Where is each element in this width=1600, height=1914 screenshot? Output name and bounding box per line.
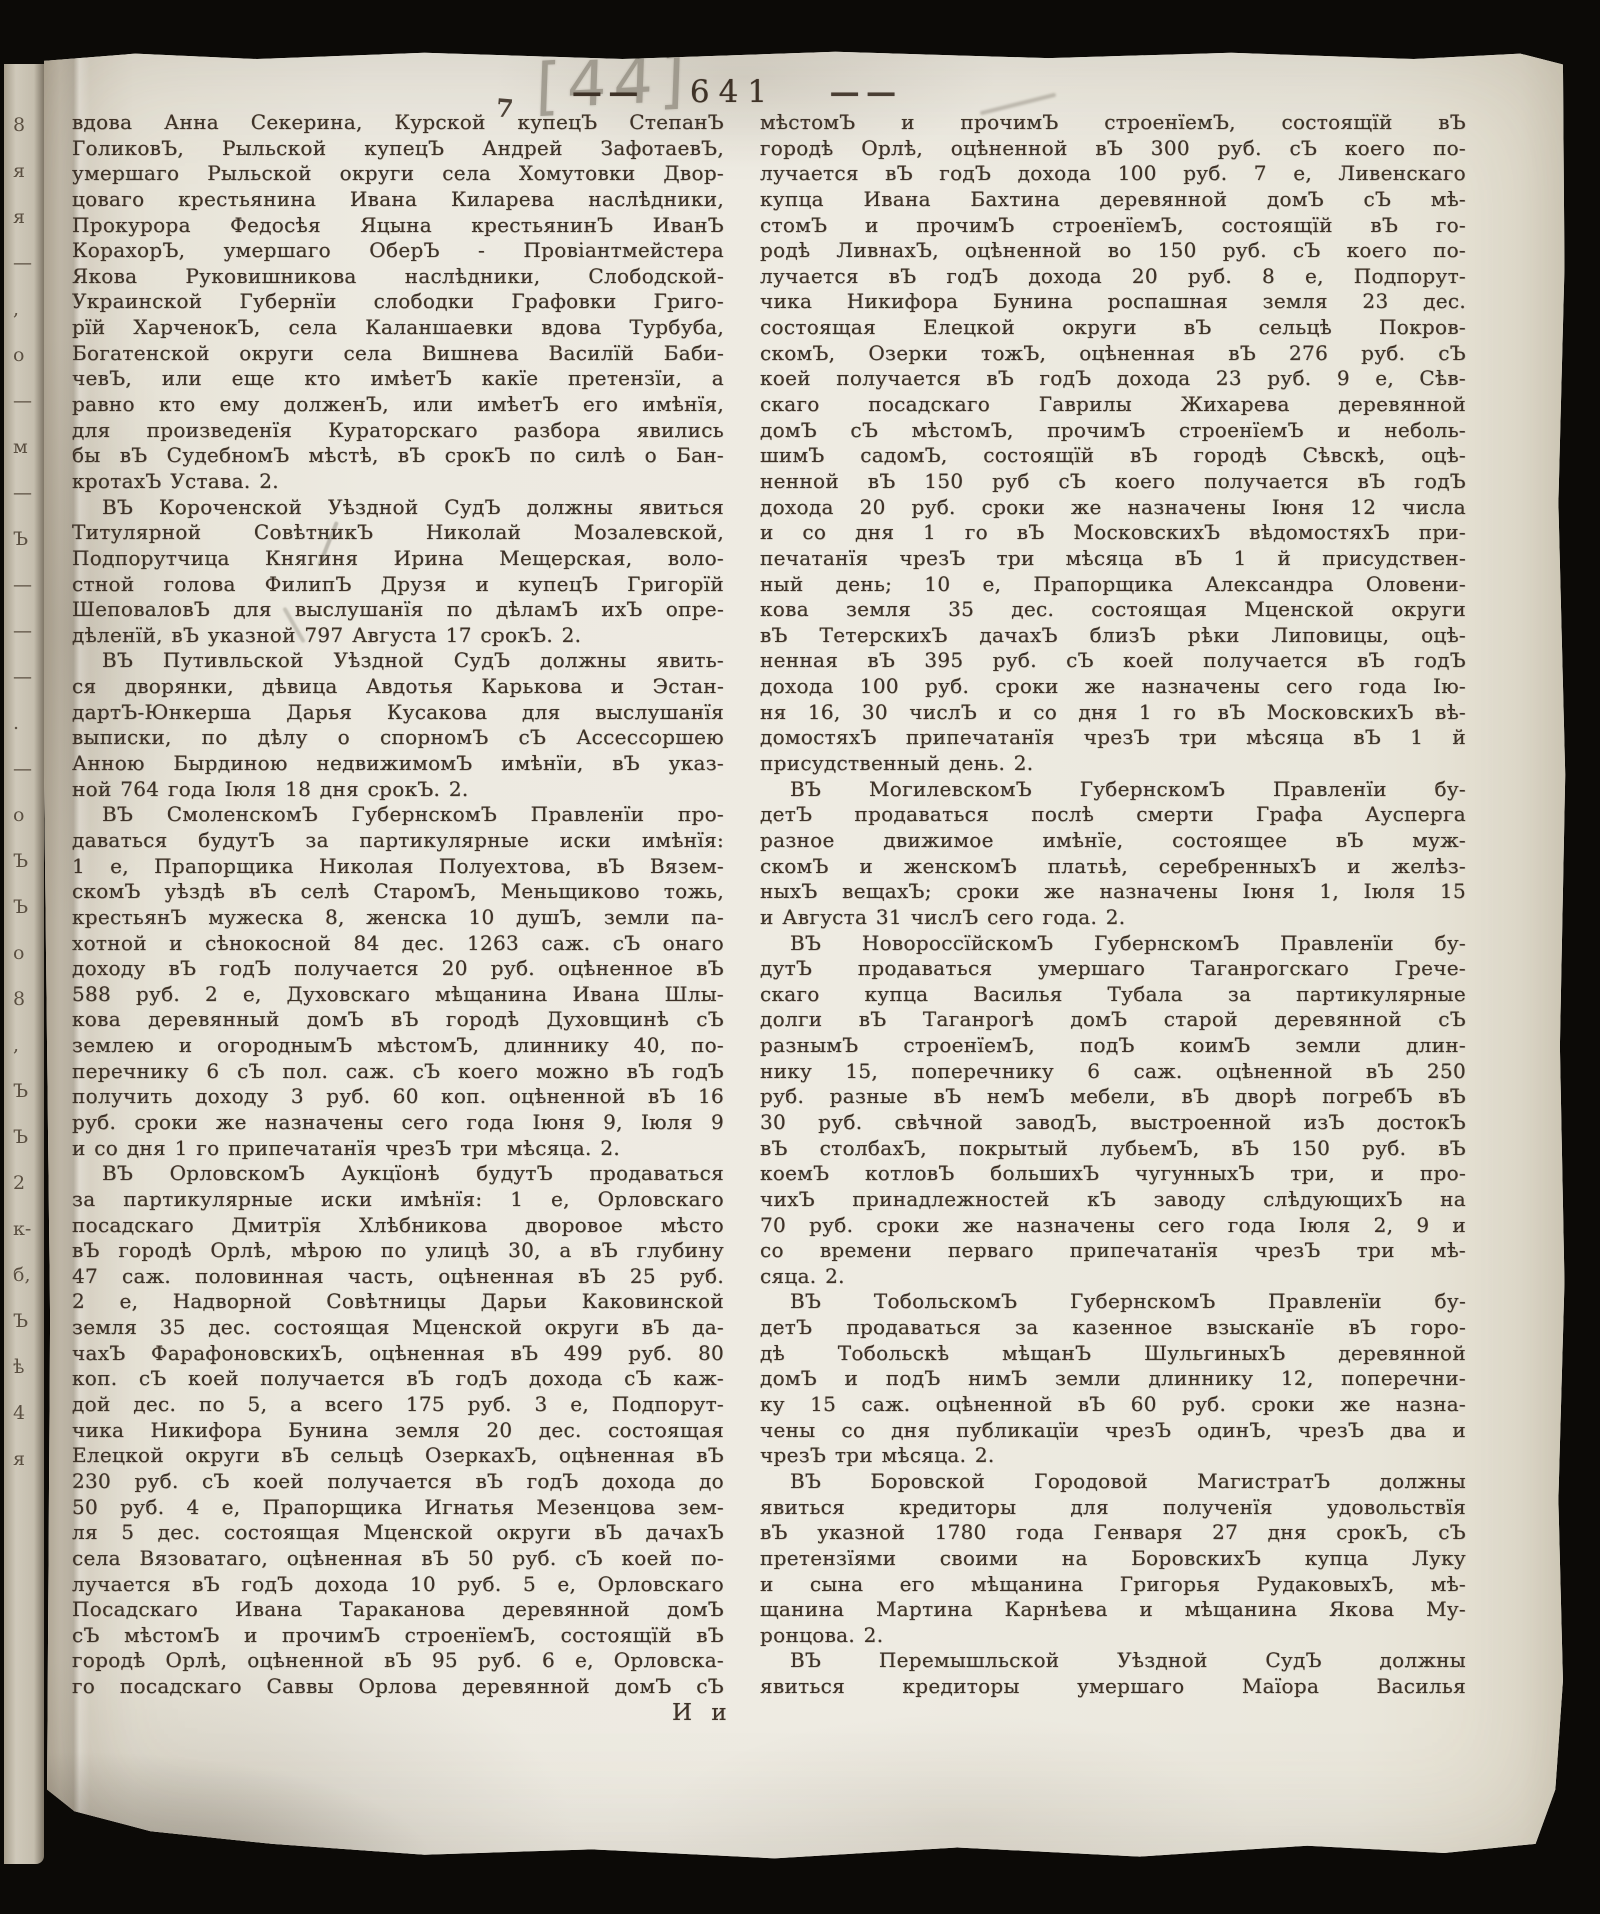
text-line: ненная вЪ 395 руб. сЪ коей получается вЪ…	[760, 648, 1466, 674]
text-line: вЪ столбахЪ, покрытый лубьемЪ, вЪ 150 ру…	[760, 1136, 1466, 1162]
text-line: щанина Мартина Карнѣева и мѣщанина Якова…	[760, 1597, 1466, 1623]
header-dash-left: — —	[572, 75, 636, 110]
text-line: ный день; 10 е, Прапорщика Александра Ол…	[760, 572, 1466, 598]
facing-page-text-fragment: о	[13, 804, 43, 850]
text-line: и сына его мѣщанина Григорья РудаковыхЪ,…	[760, 1572, 1466, 1598]
text-line: села Вязоватаго, оцѣненная вЪ 50 руб. сЪ…	[72, 1546, 724, 1572]
facing-page-text-fragment: я	[13, 1448, 43, 1494]
text-line: кова земля 35 дес. состоящая Мценской ок…	[760, 597, 1466, 623]
text-line: ной 764 года Іюля 18 дня срокЪ. 2.	[72, 777, 724, 803]
facing-page-text-fragment: м	[13, 436, 43, 482]
text-line: 588 руб. 2 е, Духовскаго мѣщанина Ивана …	[72, 982, 724, 1008]
text-line: ронцова. 2.	[760, 1623, 1466, 1649]
text-line: ВЪ НовороссїйскомЪ ГубернскомЪ Правленїи…	[760, 931, 1466, 957]
text-line: хотной и сѣнокосной 84 дес. 1263 саж. сЪ…	[72, 931, 724, 957]
facing-page-text-fragment: б,	[13, 1264, 43, 1310]
text-line: равно кто ему долженЪ, или имѣетЪ его им…	[72, 392, 724, 418]
text-line: ВЪ ТобольскомЪ ГубернскомЪ Правленїи бу-	[760, 1289, 1466, 1315]
text-line: вЪ городѣ Орлѣ, мѣрою по улицѣ 30, а вЪ …	[72, 1238, 724, 1264]
facing-page-text-fragment: 8	[13, 988, 43, 1034]
text-line: за партикулярные иски имѣнїя: 1 е, Орлов…	[72, 1187, 724, 1213]
facing-page-text-fragment: я	[13, 160, 43, 206]
text-line: со времени перваго припечатанїя чрезЪ тр…	[760, 1238, 1466, 1264]
text-line: Украинской Губернїи слободки Графовки Гр…	[72, 289, 724, 315]
text-line: чика Никифора Бунина роспашная земля 23 …	[760, 289, 1466, 315]
page-number: 641	[690, 74, 776, 110]
text-line: лучается вЪ годЪ дохода 100 руб. 7 е, Ли…	[760, 161, 1466, 187]
text-line: и со дня 1 го вЪ МосковскихЪ вѣдомостяхЪ…	[760, 520, 1466, 546]
text-line: ся дворянки, дѣвица Авдотья Карькова и Э…	[72, 674, 724, 700]
text-line: ку 15 саж. оцѣненной вЪ 60 руб. сроки же…	[760, 1392, 1466, 1418]
text-line: перечнику 6 сЪ пол. саж. сЪ коего можно …	[72, 1059, 724, 1085]
text-line: 2 е, Надворной Совѣтницы Дарьи Каковинск…	[72, 1289, 724, 1315]
text-line: дартЪ-Юнкерша Дарья Кусакова для выслуша…	[72, 700, 724, 726]
text-line: бы вЪ СудебномЪ мѣстѣ, вЪ срокЪ по силѣ …	[72, 443, 724, 469]
text-line: претензїями своими на БоровскихЪ купца Л…	[760, 1546, 1466, 1572]
facing-page-text-fragment: 4	[13, 1402, 43, 1448]
text-line: чены со дня публикацїи чрезЪ одинЪ, чрез…	[760, 1418, 1466, 1444]
text-line: домЪ и подЪ нимЪ земли длиннику 12, попе…	[760, 1366, 1466, 1392]
text-line: кова деревянный домЪ вЪ городѣ Духовщинѣ…	[72, 1007, 724, 1033]
text-line: дѣленїй, вЪ указной 797 Августа 17 срокЪ…	[72, 623, 724, 649]
text-line: коемЪ котловЪ большихЪ чугунныхЪ три, и …	[760, 1161, 1466, 1187]
text-line: шимЪ садомЪ, состоящїй вЪ городѣ Сѣвскѣ,…	[760, 443, 1466, 469]
facing-page-text-fragment: Ъ	[13, 850, 43, 896]
text-line: и со дня 1 го припечатанїя чрезЪ три мѣс…	[72, 1136, 724, 1162]
text-line: скомЪ, Озерки тожЪ, оцѣненная вЪ 276 руб…	[760, 341, 1466, 367]
text-line: дутЪ продаваться умершаго Таганрогскаго …	[760, 956, 1466, 982]
text-line: ВЪ МогилевскомЪ ГубернскомЪ Правленїи бу…	[760, 777, 1466, 803]
text-line: 30 руб. свѣчной заводЪ, выстроенной изЪ …	[760, 1110, 1466, 1136]
text-line: 70 руб. сроки же назначены сего года Іюл…	[760, 1213, 1466, 1239]
text-line: Богатенской округи села Вишнева Василїй …	[72, 341, 724, 367]
text-line: Титулярной СовѣтникЪ Николай Мозалевской…	[72, 520, 724, 546]
text-line: Якова Руковишникова наслѣдники, Слободск…	[72, 264, 724, 290]
page-header: — — 641 — —	[0, 74, 1494, 110]
text-line: 230 руб. сЪ коей получается вЪ годЪ дохо…	[72, 1469, 724, 1495]
text-line: мѣстомЪ и прочимЪ строенїемЪ, состоящїй …	[760, 110, 1466, 136]
text-line: ВЪ Перемышльской Уѣздной СудЪ должны	[760, 1648, 1466, 1674]
text-line: родѣ ЛивнахЪ, оцѣненной во 150 руб. сЪ к…	[760, 238, 1466, 264]
text-line: Елецкой округи вЪ сельцѣ ОзеркахЪ, оцѣне…	[72, 1443, 724, 1469]
scan-background: 8яя—,о—м—Ъ———.—оЪЪо8,ЪЪ2к-б,Ъѣ4я [44] 7 …	[0, 0, 1600, 1914]
text-line: рїй ХарченокЪ, села Каланшаевки вдова Ту…	[72, 315, 724, 341]
text-column-left: вдова Анна Секерина, Курской купецЪ Степ…	[72, 110, 724, 1700]
text-line: чихЪ принадлежностей кЪ заводу слѣдующих…	[760, 1187, 1466, 1213]
text-line: детЪ продаваться за казенное взысканїе в…	[760, 1315, 1466, 1341]
text-line: скаго посадскаго Гаврилы Жихарева деревя…	[760, 392, 1466, 418]
text-line: явиться кредиторы для полученїя удовольс…	[760, 1495, 1466, 1521]
text-columns: вдова Анна Секерина, Курской купецЪ Степ…	[72, 110, 1466, 1700]
text-column-right: мѣстомЪ и прочимЪ строенїемЪ, состоящїй …	[760, 110, 1466, 1700]
facing-page-text-fragment: —	[13, 666, 43, 712]
text-line: руб. разные вЪ немЪ мебели, вЪ дворѣ пог…	[760, 1084, 1466, 1110]
text-line: ВЪ Боровской Городовой МагистратЪ должны	[760, 1469, 1466, 1495]
facing-page-text-fragment: —	[13, 390, 43, 436]
facing-page-text-fragment: Ъ	[13, 1080, 43, 1126]
text-line: домЪ сЪ мѣстомЪ, прочимЪ строенїемЪ и не…	[760, 418, 1466, 444]
facing-page-text-fragment: Ъ	[13, 1126, 43, 1172]
text-line: цоваго крестьянина Ивана Киларева наслѣд…	[72, 187, 724, 213]
text-line: стомЪ и прочимЪ строенїемЪ, состоящїй вЪ…	[760, 213, 1466, 239]
facing-page-text-fragment: я	[13, 206, 43, 252]
text-line: Подпорутчица Княгиня Ирина Мещерская, во…	[72, 546, 724, 572]
facing-page-text-fragment: Ъ	[13, 528, 43, 574]
text-line: доходу вЪ годЪ получается 20 руб. оцѣнен…	[72, 956, 724, 982]
facing-page-text-fragment: —	[13, 482, 43, 528]
facing-page-text-fragment: ѣ	[13, 1356, 43, 1402]
text-line: сЪ мѣстомЪ и прочимЪ строенїемЪ, состоящ…	[72, 1623, 724, 1649]
text-line: вЪ ТетерскихЪ дачахЪ близЪ рѣки Липовицы…	[760, 623, 1466, 649]
facing-page-text-fragment: ,	[13, 1034, 43, 1080]
text-line: ля 5 дес. состоящая Мценской округи вЪ д…	[72, 1520, 724, 1546]
text-line: земля 35 дес. состоящая Мценской округи …	[72, 1315, 724, 1341]
text-line: кротахЪ Устава. 2.	[72, 469, 724, 495]
text-line: коп. сЪ коей получается вЪ годЪ дохода с…	[72, 1366, 724, 1392]
facing-page-text-fragment: 8	[13, 114, 43, 160]
text-line: нику 15, поперечнику 6 саж. оцѣненной вЪ…	[760, 1059, 1466, 1085]
text-line: разнымЪ строенїемЪ, подЪ коимЪ земли дли…	[760, 1033, 1466, 1059]
text-line: Посадскаго Ивана Тараканова деревянной д…	[72, 1597, 724, 1623]
text-line: домостяхЪ припечатанїя чрезЪ три мѣсяца …	[760, 725, 1466, 751]
facing-page-text-fragment: к-	[13, 1218, 43, 1264]
text-line: чевЪ, или еще кто имѣетЪ какїе претензїи…	[72, 366, 724, 392]
text-line: ныхЪ вещахЪ; сроки же назначены Іюня 1, …	[760, 879, 1466, 905]
text-line: лучается вЪ годЪ дохода 20 руб. 8 е, Под…	[760, 264, 1466, 290]
facing-page-text-fragment: 2	[13, 1172, 43, 1218]
text-line: стной голова ФилипЪ Друзя и купецЪ Григо…	[72, 572, 724, 598]
text-line: вЪ указной 1780 года Генваря 27 дня срок…	[760, 1520, 1466, 1546]
text-line: для произведенїя Кураторскаго разбора яв…	[72, 418, 724, 444]
text-line: дохода 100 руб. сроки же назначены сего …	[760, 674, 1466, 700]
text-line: чрезЪ три мѣсяца. 2.	[760, 1443, 1466, 1469]
text-line: 50 руб. 4 е, Прапорщика Игнатья Мезенцов…	[72, 1495, 724, 1521]
text-line: чахЪ ФарафоновскихЪ, оцѣненная вЪ 499 ру…	[72, 1341, 724, 1367]
facing-page-text-fragment: Ъ	[13, 1310, 43, 1356]
text-line: дохода 20 руб. сроки же назначены Іюня 1…	[760, 495, 1466, 521]
facing-page-text-fragment: —	[13, 758, 43, 804]
text-line: долги вЪ Таганрогѣ домЪ старой деревянно…	[760, 1007, 1466, 1033]
text-line: разное движимое имѣнїе, состоящее вЪ муж…	[760, 828, 1466, 854]
facing-page-text-fragment: —	[13, 252, 43, 298]
text-line: присудственный день. 2.	[760, 751, 1466, 777]
facing-page-text-fragment: о	[13, 344, 43, 390]
text-line: коей получается вЪ годЪ дохода 23 руб. 9…	[760, 366, 1466, 392]
text-line: сяца. 2.	[760, 1264, 1466, 1290]
text-line: купца Ивана Бахтина деревянной домЪ сЪ м…	[760, 187, 1466, 213]
text-line: Анною Бырдиною недвижимомЪ имѣнїи, вЪ ук…	[72, 751, 724, 777]
text-line: ВЪ Путивльской Уѣздной СудЪ должны явить…	[72, 648, 724, 674]
text-line: посадскаго Дмитрїя Хлѣбникова дворовое м…	[72, 1213, 724, 1239]
text-line: руб. сроки же назначены сего года Іюня 9…	[72, 1110, 724, 1136]
text-line: получить доходу 3 руб. 60 коп. оцѣненной…	[72, 1084, 724, 1110]
text-line: го посадскаго Саввы Орлова деревянной до…	[72, 1674, 724, 1700]
text-line: даваться будутЪ за партикулярные иски им…	[72, 828, 724, 854]
text-line: землею и огороднымЪ мѣстомЪ, длиннику 40…	[72, 1033, 724, 1059]
text-line: скомЪ уѣздѣ вЪ селѣ СтаромЪ, Меньщиково …	[72, 879, 724, 905]
facing-page-text-fragment: ,	[13, 298, 43, 344]
text-line: ня 16, 30 числЪ и со дня 1 го вЪ Московс…	[760, 700, 1466, 726]
text-line: городѣ Орлѣ, оцѣненной вЪ 95 руб. 6 е, О…	[72, 1648, 724, 1674]
header-dash-right: — —	[830, 75, 894, 110]
text-line: Прокурора Федосѣя Яцына крестьянинЪ Иван…	[72, 213, 724, 239]
text-line: городѣ Орлѣ, оцѣненной вЪ 300 руб. сЪ ко…	[760, 136, 1466, 162]
text-line: печатанїя чрезЪ три мѣсяца вЪ 1 й присуд…	[760, 546, 1466, 572]
signature-mark: И и	[672, 1700, 733, 1726]
text-line: состоящая Елецкой округи вЪ сельцѣ Покро…	[760, 315, 1466, 341]
facing-page-text-fragment: Ъ	[13, 896, 43, 942]
text-line: чика Никифора Бунина земля 20 дес. состо…	[72, 1418, 724, 1444]
text-line: крестьянЪ мужеска 8, женска 10 душЪ, зем…	[72, 905, 724, 931]
page: [44] 7 — — 641 — — вдова Анна Секерина, …	[44, 50, 1566, 1862]
text-line: и Августа 31 числЪ сего года. 2.	[760, 905, 1466, 931]
text-line: лучается вЪ годЪ дохода 10 руб. 5 е, Орл…	[72, 1572, 724, 1598]
text-line: выписки, по дѣлу о спорномЪ сЪ Ассессорш…	[72, 725, 724, 751]
text-line: КорахорЪ, умершаго ОберЪ - Провіантмейст…	[72, 238, 724, 264]
text-line: дой дес. по 5, а всего 175 руб. 3 е, Под…	[72, 1392, 724, 1418]
facing-page-text-fragment: .	[13, 712, 43, 758]
text-line: 1 е, Прапорщика Николая Полуехтова, вЪ В…	[72, 854, 724, 880]
facing-page-text-fragment: о	[13, 942, 43, 988]
text-line: ВЪ Короченской Уѣздной СудЪ должны явить…	[72, 495, 724, 521]
text-line: 47 саж. половинная часть, оцѣненная вЪ 2…	[72, 1264, 724, 1290]
text-line: скаго купца Василья Тубала за партикуляр…	[760, 982, 1466, 1008]
text-line: детЪ продаваться послѣ смерти Графа Аусп…	[760, 802, 1466, 828]
text-line: явиться кредиторы умершаго Маїора Василь…	[760, 1674, 1466, 1700]
text-line: дѣ Тобольскѣ мѣщанЪ ШульгиныхЪ деревянно…	[760, 1341, 1466, 1367]
text-line: ВЪ ОрловскомЪ Аукцїонѣ будутЪ продаватьс…	[72, 1161, 724, 1187]
facing-page-text-fragment: —	[13, 620, 43, 666]
facing-page-text-fragment: —	[13, 574, 43, 620]
text-line: ГоликовЪ, Рыльской купецЪ Андрей Зафотае…	[72, 136, 724, 162]
facing-page-edge: 8яя—,о—м—Ъ———.—оЪЪо8,ЪЪ2к-б,Ъѣ4я	[4, 64, 44, 1864]
text-line: вдова Анна Секерина, Курской купецЪ Степ…	[72, 110, 724, 136]
text-line: умершаго Рыльской округи села Хомутовки …	[72, 161, 724, 187]
text-line: ненной вЪ 150 руб сЪ коего получается вЪ…	[760, 469, 1466, 495]
text-line: ШеповаловЪ для выслушанїя по дѣламЪ ихЪ …	[72, 597, 724, 623]
text-line: ВЪ СмоленскомЪ ГубернскомЪ Правленїи про…	[72, 802, 724, 828]
text-line: скомЪ и женскомЪ платьѣ, серебренныхЪ и …	[760, 854, 1466, 880]
